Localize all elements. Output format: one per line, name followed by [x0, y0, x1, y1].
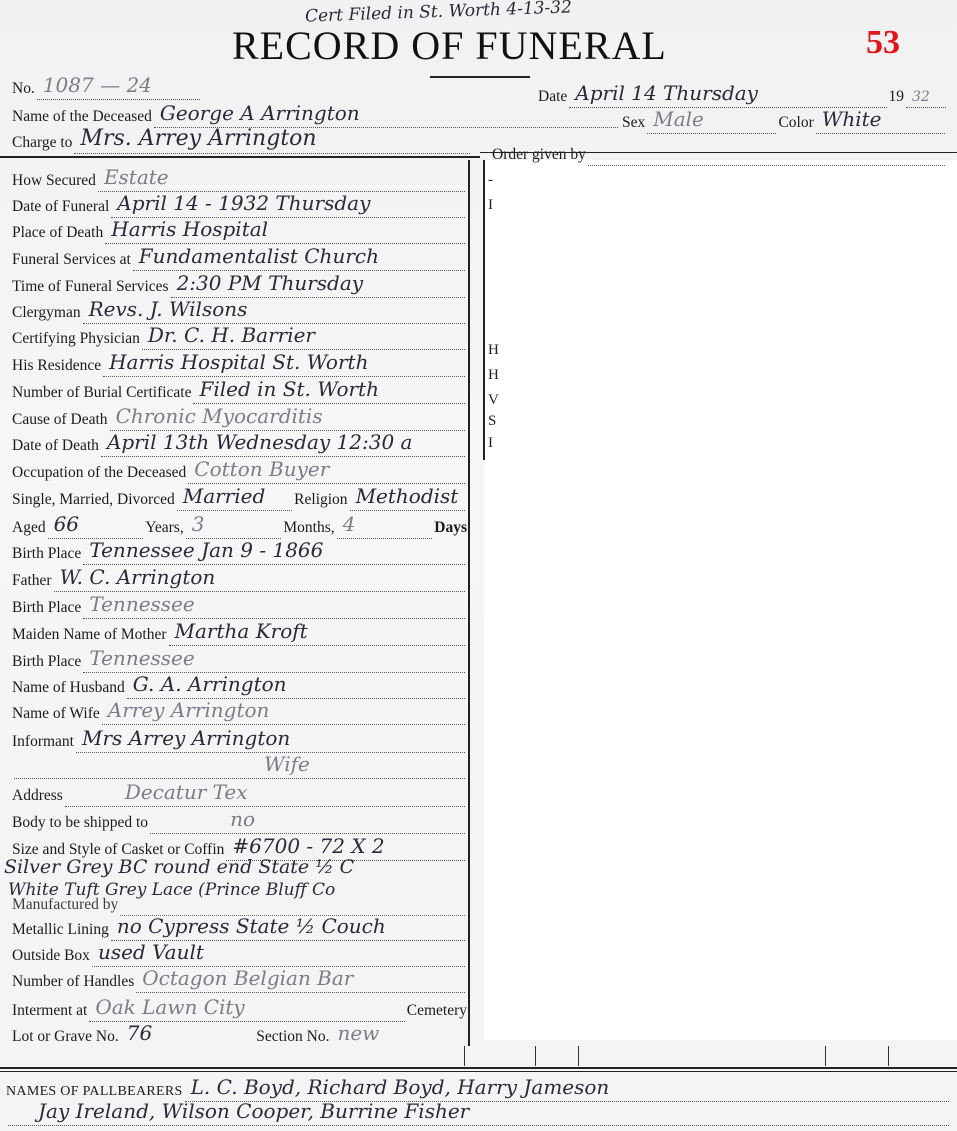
field-input[interactable]: Estate: [98, 167, 465, 192]
field-input[interactable]: Martha Kroft: [169, 621, 465, 646]
table-tick: [578, 1046, 579, 1066]
field-input[interactable]: Harris Hospital St. Worth: [103, 352, 465, 377]
funeral-record-page: Cert Filed in St. Worth 4-13-32 RECORD O…: [0, 0, 957, 1131]
field-input[interactable]: Fundamentalist Church: [133, 246, 465, 271]
field-input[interactable]: used Vault: [92, 942, 465, 967]
field-input[interactable]: Revs. J. Wilsons: [83, 299, 465, 324]
sex-label: Sex: [622, 114, 645, 134]
charge-to-field[interactable]: Mrs. Arrey Arrington: [74, 129, 470, 154]
record-number-field[interactable]: 1087 — 24: [37, 75, 200, 100]
field-input[interactable]: Dr. C. H. Barrier: [142, 325, 465, 350]
color-label: Color: [778, 114, 813, 134]
age-months-field[interactable]: 3: [186, 514, 282, 539]
field-value: #6700 - 72 X 2: [232, 834, 384, 858]
field-value: Tennessee: [89, 646, 194, 670]
field-date-of-death: Date of Death April 13th Wednesday 12:30…: [12, 431, 467, 457]
field-value: April 13th Wednesday 12:30 a: [107, 430, 413, 454]
marital-status-label: Single, Married, Divorced: [12, 491, 175, 511]
field-label: Birth Place: [12, 599, 81, 619]
field-occupation: Occupation of the Deceased Cotton Buyer: [12, 458, 467, 484]
charge-to-value: Mrs. Arrey Arrington: [80, 126, 316, 151]
field-label: Name of Husband: [12, 679, 125, 699]
field-father: Father W. C. Arrington: [12, 566, 467, 592]
column-divider-secondary: [483, 160, 485, 460]
field-input[interactable]: April 14 - 1932 Thursday: [111, 193, 465, 218]
field-value: Martha Kroft: [175, 619, 308, 643]
right-fragment: H: [488, 342, 499, 359]
months-label: Months,: [283, 519, 334, 539]
table-tick: [535, 1046, 536, 1066]
field-label: Birth Place: [12, 653, 81, 673]
years-label: Years,: [145, 519, 183, 539]
field-birth-place: Birth Place Tennessee Jan 9 - 1866: [12, 539, 467, 565]
interment-value: Oak Lawn City: [95, 995, 244, 1019]
field-label: Funeral Services at: [12, 251, 131, 271]
title-underline: [430, 76, 530, 78]
document-title: RECORD OF FUNERAL: [232, 22, 667, 69]
field-funeral-services-at: Funeral Services at Fundamentalist Churc…: [12, 245, 467, 271]
pallbearer-divider: [0, 1067, 957, 1069]
lot-section-row: Lot or Grave No. 76 Section No. new: [12, 1022, 467, 1048]
field-value: Filed in St. Worth: [199, 377, 378, 401]
field-informant: Informant Mrs Arrey Arrington: [12, 727, 467, 753]
field-cause-of-death: Cause of Death Chronic Myocarditis: [12, 405, 467, 431]
field-husband-name: Name of Husband G. A. Arrington: [12, 673, 467, 699]
field-informant-relation: Wife: [12, 753, 467, 779]
field-label: How Secured: [12, 172, 96, 192]
field-input[interactable]: Chronic Myocarditis: [110, 406, 465, 431]
right-fragment: -: [488, 172, 493, 189]
interment-row: Interment at Oak Lawn City Cemetery: [12, 996, 467, 1022]
field-label: Body to be shipped to: [12, 814, 148, 834]
field-burial-certificate: Number of Burial Certificate Filed in St…: [12, 378, 467, 404]
field-label: Birth Place: [12, 545, 81, 565]
field-input[interactable]: 2:30 PM Thursday: [171, 273, 465, 298]
charge-to-label: Charge to: [12, 134, 72, 154]
field-label: Cause of Death: [12, 411, 108, 431]
field-input[interactable]: no: [150, 809, 465, 834]
religion-field[interactable]: Methodist: [350, 486, 465, 511]
year-field[interactable]: 32: [906, 83, 946, 108]
field-input[interactable]: Filed in St. Worth: [193, 379, 465, 404]
age-months-value: 3: [192, 512, 205, 536]
field-body-shipped-to: Body to be shipped to no: [12, 808, 467, 834]
table-tick: [464, 1046, 465, 1066]
field-label: Place of Death: [12, 224, 103, 244]
field-label: Manufactured by: [12, 896, 118, 916]
field-value: April 14 - 1932 Thursday: [117, 191, 370, 215]
order-given-label: Order given by: [492, 146, 586, 166]
pallbearers-field-2[interactable]: Jay Ireland, Wilson Cooper, Burrine Fish…: [8, 1101, 949, 1126]
blank-right-area: [484, 160, 957, 1040]
pallbearers-value-2: Jay Ireland, Wilson Cooper, Burrine Fish…: [38, 1099, 469, 1123]
field-label: Name of Wife: [12, 705, 100, 725]
age-days-field[interactable]: 4: [337, 514, 433, 539]
field-input[interactable]: no Cypress State ½ Couch: [111, 916, 465, 941]
field-input[interactable]: Tennessee: [83, 594, 465, 619]
field-value: no Cypress State ½ Couch: [117, 914, 386, 938]
age-days-value: 4: [343, 512, 356, 536]
field-label: Number of Burial Certificate: [12, 384, 191, 404]
days-label: Days: [434, 519, 467, 539]
casket-note-line-1: Silver Grey BC round end State ½ C: [4, 856, 354, 878]
sex-color-row: Sex Male Color White: [622, 108, 947, 134]
field-input[interactable]: [120, 891, 465, 916]
right-fragment: H: [488, 367, 499, 384]
order-given-field[interactable]: [588, 141, 945, 166]
header-divider: [0, 156, 480, 158]
year-prefix: 19: [889, 88, 905, 108]
age-years-value: 66: [54, 512, 79, 536]
sex-value: Male: [653, 107, 704, 131]
field-label: Number of Handles: [12, 973, 134, 993]
section-value: new: [337, 1021, 379, 1045]
field-place-of-death: Place of Death Harris Hospital: [12, 218, 467, 244]
table-tick: [825, 1046, 826, 1066]
field-label: Date of Funeral: [12, 198, 109, 218]
field-value: Harris Hospital: [111, 217, 268, 241]
field-time-of-funeral: Time of Funeral Services 2:30 PM Thursda…: [12, 272, 467, 298]
aged-label: Aged: [12, 519, 46, 539]
record-number-row: No. 1087 — 24: [12, 74, 202, 100]
field-label: Date of Death: [12, 437, 99, 457]
field-value: Chronic Myocarditis: [116, 404, 323, 428]
deceased-name-row: Name of the Deceased George A Arrington: [12, 102, 620, 128]
field-input[interactable]: Harris Hospital: [105, 219, 465, 244]
field-manufactured-by: Manufactured by: [12, 890, 467, 916]
field-value: Octagon Belgian Bar: [142, 966, 353, 990]
field-number-of-handles: Number of Handles Octagon Belgian Bar: [12, 967, 467, 993]
field-label: Clergyman: [12, 304, 81, 324]
religion-label: Religion: [294, 491, 347, 511]
page-number: 53: [866, 24, 900, 62]
field-label: Father: [12, 572, 52, 592]
color-value: White: [822, 107, 882, 131]
field-certifying-physician: Certifying Physician Dr. C. H. Barrier: [12, 324, 467, 350]
color-field[interactable]: White: [816, 109, 945, 134]
field-value: Dr. C. H. Barrier: [148, 323, 315, 347]
religion-value: Methodist: [356, 484, 459, 508]
field-value: Tennessee Jan 9 - 1866: [89, 538, 323, 562]
field-label: Certifying Physician: [12, 330, 140, 350]
lot-field[interactable]: 76: [121, 1023, 255, 1048]
age-years-field[interactable]: 66: [48, 514, 144, 539]
year-value: 32: [912, 89, 930, 105]
interment-field[interactable]: Oak Lawn City: [89, 997, 404, 1022]
field-value: Wife: [264, 752, 310, 776]
field-value: Revs. J. Wilsons: [89, 297, 248, 321]
field-value: Arrey Arrington: [108, 698, 270, 722]
field-wife-name: Name of Wife Arrey Arrington: [12, 699, 467, 725]
section-field[interactable]: new: [331, 1023, 465, 1048]
pallbearers-value-1: L. C. Boyd, Richard Boyd, Harry Jameson: [191, 1075, 610, 1099]
deceased-name-field[interactable]: George A Arrington: [154, 103, 618, 128]
marital-status-field[interactable]: Married: [177, 486, 292, 511]
field-value: Mrs Arrey Arrington: [82, 726, 290, 750]
lot-label: Lot or Grave No.: [12, 1028, 119, 1048]
field-input[interactable]: Octagon Belgian Bar: [136, 968, 465, 993]
right-fragment: S: [488, 413, 496, 430]
field-clergyman: Clergyman Revs. J. Wilsons: [12, 298, 467, 324]
field-label: Occupation of the Deceased: [12, 464, 186, 484]
field-value: Harris Hospital St. Worth: [109, 350, 368, 374]
column-divider: [468, 160, 470, 1050]
field-label: Informant: [12, 733, 74, 753]
field-outside-box: Outside Box used Vault: [12, 941, 467, 967]
record-number-value: 1087 — 24: [43, 73, 152, 97]
field-mother-birth-place: Birth Place Tennessee: [12, 647, 467, 673]
field-input[interactable]: Decatur Tex: [65, 782, 465, 807]
field-how-secured: How Secured Estate: [12, 166, 467, 192]
field-value: used Vault: [98, 940, 204, 964]
right-fragment: I: [488, 435, 493, 452]
field-value: Estate: [104, 165, 169, 189]
field-input[interactable]: Tennessee Jan 9 - 1866: [83, 540, 465, 565]
field-input[interactable]: G. A. Arrington: [127, 674, 465, 699]
field-value: W. C. Arrington: [60, 565, 216, 589]
field-label: Address: [12, 787, 63, 807]
deceased-name-value: George A Arrington: [160, 101, 360, 125]
field-value: Decatur Tex: [125, 780, 248, 804]
sex-field[interactable]: Male: [647, 109, 776, 134]
field-label: Maiden Name of Mother: [12, 626, 167, 646]
field-metallic-lining: Metallic Lining no Cypress State ½ Couch: [12, 915, 467, 941]
pallbearers-row-2: Jay Ireland, Wilson Cooper, Burrine Fish…: [6, 1100, 951, 1126]
record-number-label: No.: [12, 80, 35, 100]
right-fragment: I: [488, 197, 493, 214]
field-input[interactable]: Arrey Arrington: [102, 700, 465, 725]
table-tick: [888, 1046, 889, 1066]
charge-to-row: Charge to Mrs. Arrey Arrington: [12, 128, 472, 154]
header-divider-right: [480, 152, 957, 153]
field-input[interactable]: Mrs Arrey Arrington: [76, 728, 465, 753]
field-address: Address Decatur Tex: [12, 781, 467, 807]
order-given-row: Order given by: [492, 140, 947, 166]
field-input[interactable]: April 13th Wednesday 12:30 a: [101, 432, 465, 457]
field-his-residence: His Residence Harris Hospital St. Worth: [12, 351, 467, 377]
field-input[interactable]: Cotton Buyer: [188, 459, 465, 484]
field-value: 2:30 PM Thursday: [177, 271, 364, 295]
field-value: Cotton Buyer: [194, 457, 329, 481]
pallbearer-divider-thin: [0, 1071, 957, 1072]
field-date-of-funeral: Date of Funeral April 14 - 1932 Thursday: [12, 192, 467, 218]
deceased-name-label: Name of the Deceased: [12, 108, 152, 128]
lot-value: 76: [127, 1021, 152, 1045]
field-label: His Residence: [12, 357, 101, 377]
right-fragment: V: [488, 392, 499, 409]
field-father-birth-place: Birth Place Tennessee: [12, 593, 467, 619]
field-label: Outside Box: [12, 947, 90, 967]
field-label: Metallic Lining: [12, 921, 109, 941]
field-input[interactable]: W. C. Arrington: [54, 567, 465, 592]
interment-label: Interment at: [12, 1002, 87, 1022]
marital-religion-row: Single, Married, Divorced Married Religi…: [12, 485, 467, 511]
field-value: Fundamentalist Church: [139, 244, 379, 268]
age-row: Aged 66 Years, 3 Months, 4 Days: [12, 513, 467, 539]
field-input[interactable]: Tennessee: [83, 648, 465, 673]
field-value: G. A. Arrington: [133, 672, 287, 696]
field-value: Tennessee: [89, 592, 194, 616]
field-mother-maiden-name: Maiden Name of Mother Martha Kroft: [12, 620, 467, 646]
marital-status-value: Married: [183, 484, 266, 508]
section-label: Section No.: [256, 1028, 329, 1048]
field-label: Time of Funeral Services: [12, 278, 169, 298]
field-input[interactable]: Wife: [14, 754, 465, 779]
field-value: no: [230, 807, 255, 831]
cemetery-label: Cemetery: [407, 1002, 467, 1022]
